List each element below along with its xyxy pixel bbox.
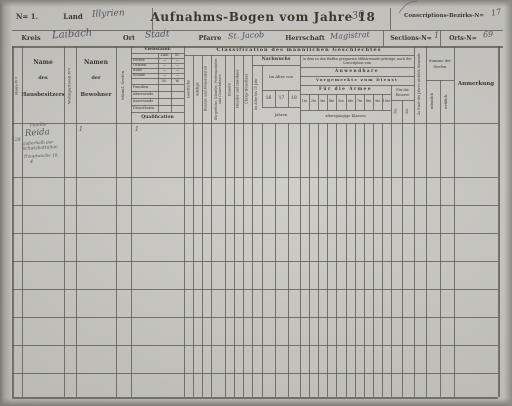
- familien-row-1: Abwesende: [133, 91, 158, 98]
- klasse-3: 3te: [318, 94, 327, 110]
- grid-line: [440, 80, 441, 397]
- grid-line: [193, 55, 194, 397]
- familien-row-3: Dienstboten: [133, 105, 158, 112]
- grid-line: [234, 55, 235, 397]
- grid-line: [152, 8, 153, 30]
- grid-line: [300, 67, 414, 68]
- grid-line: [498, 46, 500, 397]
- grid-line: [288, 123, 289, 397]
- grid-line: [336, 94, 337, 110]
- herrschaft-value: Magistrat: [330, 30, 370, 41]
- grid-line: [262, 90, 300, 91]
- grid-line: [426, 46, 427, 397]
- scanned-form-sheet: N= 1. Land Illyrien Aufnahms-Bogen vom J…: [0, 0, 512, 406]
- land-value: Illyrien: [92, 8, 125, 20]
- grid-line: [275, 123, 276, 397]
- class-col-haeusler: Häusler und Inwohner: [234, 56, 243, 122]
- grid-line: [454, 46, 455, 397]
- grid-line: [309, 123, 310, 397]
- grid-line: [131, 112, 184, 113]
- grid-line: [391, 85, 392, 397]
- klasse-8: 8te: [364, 94, 373, 110]
- summe-weiblich: weiblich: [440, 80, 454, 123]
- militair-vorgemerkte: Vorgemerkte zum Dienst: [300, 76, 414, 85]
- entry-line-2: Reida: [25, 127, 50, 139]
- scan-edge-right: [504, 0, 512, 406]
- class-col-uebrige: Übrige Bewohner: [243, 56, 252, 122]
- entry-line-4: Schutzbattalion: [22, 145, 58, 152]
- grid-line: [364, 123, 365, 397]
- grid-line: [116, 46, 117, 397]
- col-dienende: Zu Ende des Jahres wirklich Dienende: [414, 48, 426, 121]
- klasse-2: 2te: [309, 94, 318, 110]
- grid-line: [355, 94, 356, 110]
- klasse-10: 10te: [382, 94, 391, 110]
- nachwuchs-title: Nachwuchs: [252, 55, 300, 65]
- grid-line: [158, 53, 159, 112]
- militair-armee: Für die Armee: [300, 85, 391, 94]
- klassen-footer: altersgängige Klassen: [300, 110, 391, 123]
- grid-line: [243, 55, 244, 397]
- sections-value: 1: [434, 31, 439, 40]
- grid-line: [309, 94, 310, 110]
- klasse-9: 9te: [373, 94, 382, 110]
- grid-line: [202, 55, 203, 397]
- grid-line: [252, 55, 253, 397]
- grid-line: [12, 30, 503, 31]
- grid-line: [382, 123, 383, 397]
- class-col-beamte: Beamte und Honoratioren: [202, 56, 211, 122]
- familien-row-0: Familien: [133, 84, 158, 91]
- scan-edge-left: [0, 0, 12, 406]
- entry-tick-2: 1: [135, 126, 139, 133]
- grid-line: [64, 46, 65, 397]
- klasse-7: 7te: [355, 94, 364, 110]
- familien-row-2: Anwesende: [133, 98, 158, 105]
- klasse-1: 1te: [300, 94, 309, 110]
- grid-line: [225, 55, 226, 397]
- nachwuchs-age-17: 17: [275, 90, 288, 107]
- herrschaft-label: Herrschaft: [284, 34, 326, 44]
- grid-line: [355, 123, 356, 397]
- entry-line-6: 4: [30, 159, 33, 165]
- scan-edge-bottom: [0, 398, 512, 406]
- grid-line: [373, 94, 374, 110]
- orts-value: 69: [483, 30, 494, 40]
- class-col-buergerliche: Bürgerliche, Künstler, Professionisten u…: [211, 56, 225, 122]
- col-hausbesitzer-1: Name: [22, 58, 64, 68]
- grid-line: [22, 46, 23, 397]
- class-col-bauern: Bauern: [225, 56, 234, 122]
- grid-line: [12, 46, 503, 48]
- grid-line: [12, 46, 14, 397]
- grid-line: [288, 90, 289, 107]
- militair-anwendbare: Anwendbare: [300, 67, 414, 76]
- col-hausbesitzer-3: Hausbesitzers: [22, 90, 64, 100]
- col-bewohner-1: Namen: [76, 58, 116, 68]
- klasse-5: 5te: [336, 94, 346, 110]
- grid-line: [184, 55, 414, 56]
- grid-line: [373, 123, 374, 397]
- grid-line: [390, 8, 391, 30]
- grid-line: [440, 30, 441, 46]
- form-title: Aufnahms-Bogen vom Jahre 18: [168, 10, 358, 26]
- grid-line: [414, 46, 415, 397]
- orts-label: Orts-N=: [446, 34, 480, 44]
- col-hausbesitzer-2: des: [22, 74, 64, 84]
- ort-label: Ort: [120, 34, 138, 44]
- grid-line: [131, 46, 132, 397]
- grid-line: [252, 65, 300, 66]
- ort-value: Stadt: [145, 29, 170, 40]
- col-bewohner-2: der: [76, 74, 116, 84]
- reserve-col-1: 1te: [391, 100, 402, 123]
- entry-tick-1: 1: [79, 126, 83, 133]
- grid-line: [211, 55, 212, 397]
- pfarre-label: Pfarre: [196, 34, 224, 44]
- grid-line: [300, 85, 414, 86]
- grid-line: [300, 110, 391, 111]
- scan-edge-top: [0, 0, 512, 7]
- grid-line: [318, 123, 319, 397]
- grid-line: [184, 46, 185, 397]
- grid-line: [275, 90, 276, 107]
- nachwuchs-age-18: 18: [288, 90, 300, 107]
- grid-line: [382, 94, 383, 110]
- nachwuchs-age-16: 16: [262, 90, 275, 107]
- sections-label: Sections-N=: [388, 34, 434, 44]
- grid-line: [300, 76, 414, 77]
- summe-title: Summe der Seelen: [426, 48, 454, 80]
- nachwuchs-im-alter: Im Alter von: [262, 65, 300, 90]
- conscription-value: 17: [490, 7, 502, 18]
- nachwuchs-bis-col: Im Alter bis 15 Jahr: [252, 65, 262, 123]
- col-anmerkung: Anmerkung: [454, 46, 498, 123]
- grid-line: [318, 94, 319, 110]
- col-wohnpartei: Wohnparteien-N=: [64, 50, 76, 121]
- grid-line: [346, 123, 347, 397]
- entry-line-5: Hauptwache 18.: [24, 152, 59, 158]
- grid-line: [327, 123, 328, 397]
- militair-title: In dem zu den Waffen geeigneten Militärs…: [301, 55, 413, 67]
- grid-line: [171, 53, 172, 112]
- col-maennl-seelen: Männl. Seelen: [116, 50, 131, 121]
- grid-line: [402, 100, 403, 397]
- grid-line: [383, 30, 384, 46]
- grid-line: [76, 46, 77, 397]
- klasse-4: 4te: [327, 94, 336, 110]
- grid-line: [262, 107, 300, 108]
- land-label: Land: [60, 12, 86, 22]
- class-col-adelige: Adelige: [193, 56, 202, 122]
- grid-line: [12, 397, 498, 399]
- reserve-col-2: 2te: [402, 100, 414, 123]
- grid-line: [300, 55, 301, 397]
- reserve-header: Für die Reserve: [391, 85, 414, 100]
- conscription-label: Conscriptions-Bezirks-N=: [398, 11, 490, 21]
- nachwuchs-jahren: Jahren: [262, 107, 300, 123]
- grid-line: [346, 94, 347, 110]
- kreis-label: Kreis: [18, 34, 44, 44]
- grid-line: [262, 65, 263, 107]
- col-bewohner-3: Bewohner: [76, 90, 116, 100]
- year-value: 30: [351, 9, 365, 22]
- form-number: N= 1.: [16, 12, 50, 22]
- grid-line: [327, 94, 328, 110]
- klasse-6: 6te: [346, 94, 355, 110]
- qualification-footer: Qualification: [131, 112, 184, 123]
- grid-line: [364, 94, 365, 110]
- grid-line: [262, 123, 263, 397]
- pfarre-value: St. Jacob: [228, 30, 265, 41]
- grid-line: [336, 123, 337, 397]
- summe-maennlich: männlich: [426, 80, 440, 123]
